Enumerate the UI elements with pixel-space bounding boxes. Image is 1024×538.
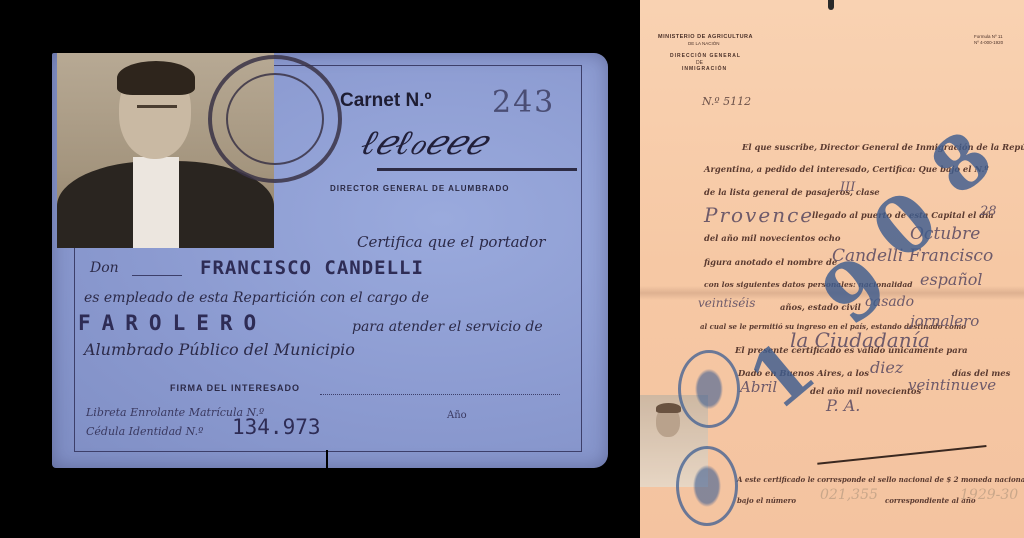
certifica-text: Certifica que el portador [357, 233, 545, 251]
hand-vapor: Provence [704, 203, 814, 227]
hand-sello-numero: 021,355 [820, 487, 878, 503]
cert-line-14: A este certificado le corresponde el sel… [737, 475, 1024, 484]
hand-dia-dado: diez [870, 358, 903, 377]
cert-line-5: del año mil novecientos ocho [704, 233, 840, 243]
anio-label: Año [447, 410, 467, 421]
carnet-label: Carnet N.º [340, 90, 431, 112]
firma-line [320, 394, 560, 395]
header-right-line2: Nº 4-000-1920 [974, 40, 1003, 46]
hand-nacionalidad: español [920, 270, 983, 289]
hand-edad: veintiséis [698, 296, 755, 310]
paper-clip-icon [828, 0, 834, 10]
header-ministerio: MINISTERIO DE AGRICULTURA [658, 34, 753, 40]
card-tear [326, 450, 328, 468]
atender-text: para atender el servicio de [352, 319, 543, 335]
header-direccion: DIRECCIÓN GENERAL [670, 53, 741, 59]
signature-line [377, 168, 577, 171]
overlay-digit-8: 8 [915, 114, 1008, 211]
name-underline [132, 275, 182, 276]
director-signature: ℓℯℓℴℯℯℯ [357, 123, 492, 163]
header-right: Formula Nº 11 Nº 4-000-1920 [974, 34, 1003, 46]
director-title: DIRECTOR GENERAL DE ALUMBRADO [330, 184, 510, 193]
photo-eyes [137, 105, 177, 112]
employee-id-card: Carnet N.º 243 ℓℯℓℴℯℯℯ DIRECTOR GENERAL … [52, 53, 608, 468]
carnet-number: 243 [492, 85, 555, 120]
official-signature [813, 409, 986, 465]
firma-label: FIRMA DEL INTERESADO [170, 383, 300, 393]
header-nacion: DE LA NACIÓN [688, 41, 720, 46]
hand-clase: III [840, 180, 855, 195]
photo-hair [117, 61, 195, 95]
certificate-number: N.º 5112 [702, 95, 751, 108]
position-title: FAROLERO [78, 311, 267, 335]
oval-stamp-icon-bottom [676, 446, 738, 526]
round-stamp-icon [208, 55, 342, 183]
oval-stamp-icon-top [678, 350, 740, 428]
cedula-number: 134.973 [232, 415, 321, 439]
alumbrado-text: Alumbrado Público del Municipio [84, 340, 355, 359]
photo-shirt [133, 157, 179, 248]
cert-line-15: bajo el número [737, 496, 796, 505]
hand-dia: 28 [980, 204, 997, 219]
empleado-text: es empleado de esta Repartición con el c… [84, 290, 429, 306]
cedula-label: Cédula Identidad N.º [86, 425, 203, 438]
immigration-certificate: MINISTERIO DE AGRICULTURA DE LA NACIÓN D… [640, 0, 1024, 538]
photo2-hair [656, 403, 681, 413]
don-label: Don [90, 260, 119, 276]
header-inmigracion: INMIGRACIÓN [682, 66, 727, 72]
hand-anio-sello: 1929-30 [960, 487, 1018, 503]
hand-firma-prefix: P. A. [826, 396, 860, 415]
hand-anio-dado: veintinueve [908, 376, 996, 394]
holder-name: FRANCISCO CANDELLI [200, 257, 424, 279]
